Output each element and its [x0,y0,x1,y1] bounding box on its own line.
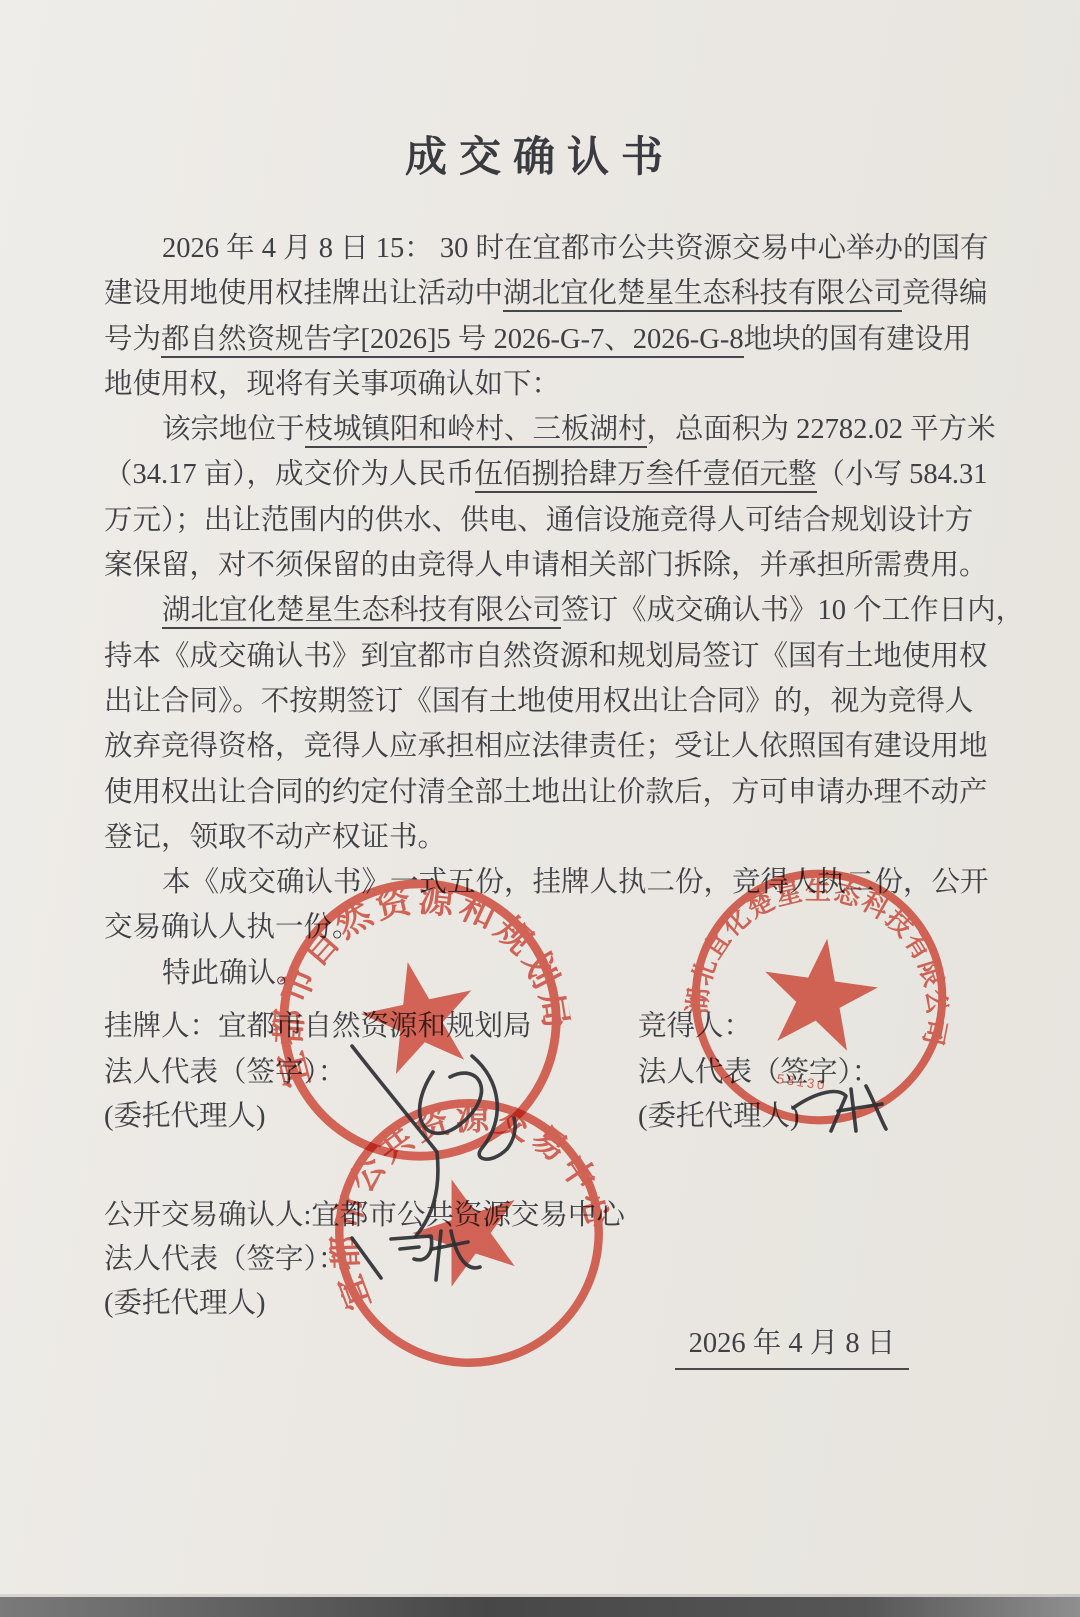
body-line: （34.17 亩），成交价为人民币伍佰捌拾肆万叁仟壹佰元整（小写 584.31 [104,452,986,497]
body-text-segment: 使用权出让合同的约定付清全部土地出让价款后，方可申请办理不动产 [104,777,988,808]
body-text-segment: 万元）；出让范围内的供水、供电、通信设施竞得人可结合规划设计方 [104,505,973,536]
body-text-segment: 签订《成交确认书》10 个工作日内， [561,595,1024,626]
body-text-segment: （小写 584.31 [817,459,988,490]
agent-label: (委托代理人) [104,1101,265,1132]
body-line: 2026 年 4 月 8 日 15： 30 时在宜都市公共资源交易中心举办的国有 [104,226,986,271]
listing-party-label: 挂牌人： [104,1011,218,1042]
seal-winner-company: 湖北宜化楚星生态科技有限公司 58130 [668,846,971,1149]
body-line: 使用权出让合同的约定付清全部土地出让价款后，方可申请办理不动产 [104,770,986,815]
underlined-segment: 都自然资规告字[2026]5 号 2026-G-7、2026-G-8 [161,324,744,358]
body-text-segment: 案保留，对不须保留的由竞得人申请相关部门拆除，并承担所需费用。 [104,550,988,581]
body-line: 登记，领取不动产权证书。 [104,815,986,860]
body-text-segment: 地使用权，现将有关事项确认如下： [104,369,560,400]
body-line: 出让合同》。不按期签订《国有土地使用权出让合同》的，视为竞得人 [104,679,986,724]
body-text-segment: 该宗地位于 [162,414,305,445]
body-text-segment: 地块的国有建设用 [744,324,972,355]
star-icon [756,931,884,1054]
star-icon [401,1163,535,1293]
date-line: 2026 年 4 月 8 日 [664,1320,920,1370]
body-text-segment: 2026 年 4 月 8 日 15： 30 时在宜都市公共资源交易中心举办的国有 [162,233,989,264]
star-icon [353,950,485,1078]
document-date: 2026 年 4 月 8 日 [675,1320,910,1370]
body-line: 万元）；出让范围内的供水、供电、通信设施竞得人可结合规划设计方 [104,498,986,543]
scanned-document-page: 成交确认书 2026 年 4 月 8 日 15： 30 时在宜都市公共资源交易中… [0,0,1080,1617]
body-text-segment: 建设用地使用权挂牌出让活动中 [104,278,503,309]
body-text-segment: 竞得编 [902,278,988,309]
underlined-segment: 枝城镇阳和岭村、三板湖村 [305,414,647,448]
listing-agent-line: (委托代理人) [104,1093,265,1134]
body-text-segment: 号为 [104,324,161,355]
body-text-segment: ，总面积为 22782.02 平方米 [647,414,996,445]
body-line: 案保留，对不须保留的由竞得人申请相关部门拆除，并承担所需费用。 [104,543,986,588]
underlined-segment: 伍佰捌拾肆万叁仟壹佰元整 [475,459,817,493]
agent-label: (委托代理人) [104,1288,265,1319]
document-title: 成交确认书 [0,124,1080,184]
underlined-segment: 湖北宜化楚星生态科技有限公司 [162,595,561,629]
confirmer-legal-rep-line: 法人代表（签字）： [104,1236,346,1277]
body-text-segment: 持本《成交确认书》到宜都市自然资源和规划局签订《国有土地使用权 [104,641,988,672]
body-line: 建设用地使用权挂牌出让活动中湖北宜化楚星生态科技有限公司竞得编 [104,271,986,316]
confirmer-label: 公开交易确认人: [104,1200,311,1231]
body-line: 该宗地位于枝城镇阳和岭村、三板湖村，总面积为 22782.02 平方米 [104,407,986,452]
confirmer-agent-line: (委托代理人) [104,1280,265,1321]
underlined-segment: 湖北宜化楚星生态科技有限公司 [503,278,902,312]
body-text-segment: 出让合同》。不按期签订《国有土地使用权出让合同》的，视为竞得人 [104,686,973,717]
body-line: 地使用权，现将有关事项确认如下： [104,362,986,407]
body-line: 放弃竞得资格，竞得人应承担相应法律责任；受让人依照国有建设用地 [104,724,986,769]
seal-code-number: 58130 [776,1071,828,1093]
body-line: 号为都自然资规告字[2026]5 号 2026-G-7、2026-G-8地块的国… [104,317,986,362]
body-text-segment: 登记，领取不动产权证书。 [104,822,446,853]
scan-edge-shadow [0,1597,1080,1617]
body-text-segment: （34.17 亩），成交价为人民币 [104,459,475,490]
legal-rep-label: 法人代表（签字）： [104,1244,346,1275]
body-line: 湖北宜化楚星生态科技有限公司签订《成交确认书》10 个工作日内， [104,588,986,633]
body-line: 持本《成交确认书》到宜都市自然资源和规划局签订《国有土地使用权 [104,634,986,679]
body-text-segment: 放弃竞得资格，竞得人应承担相应法律责任；受让人依照国有建设用地 [104,731,988,762]
